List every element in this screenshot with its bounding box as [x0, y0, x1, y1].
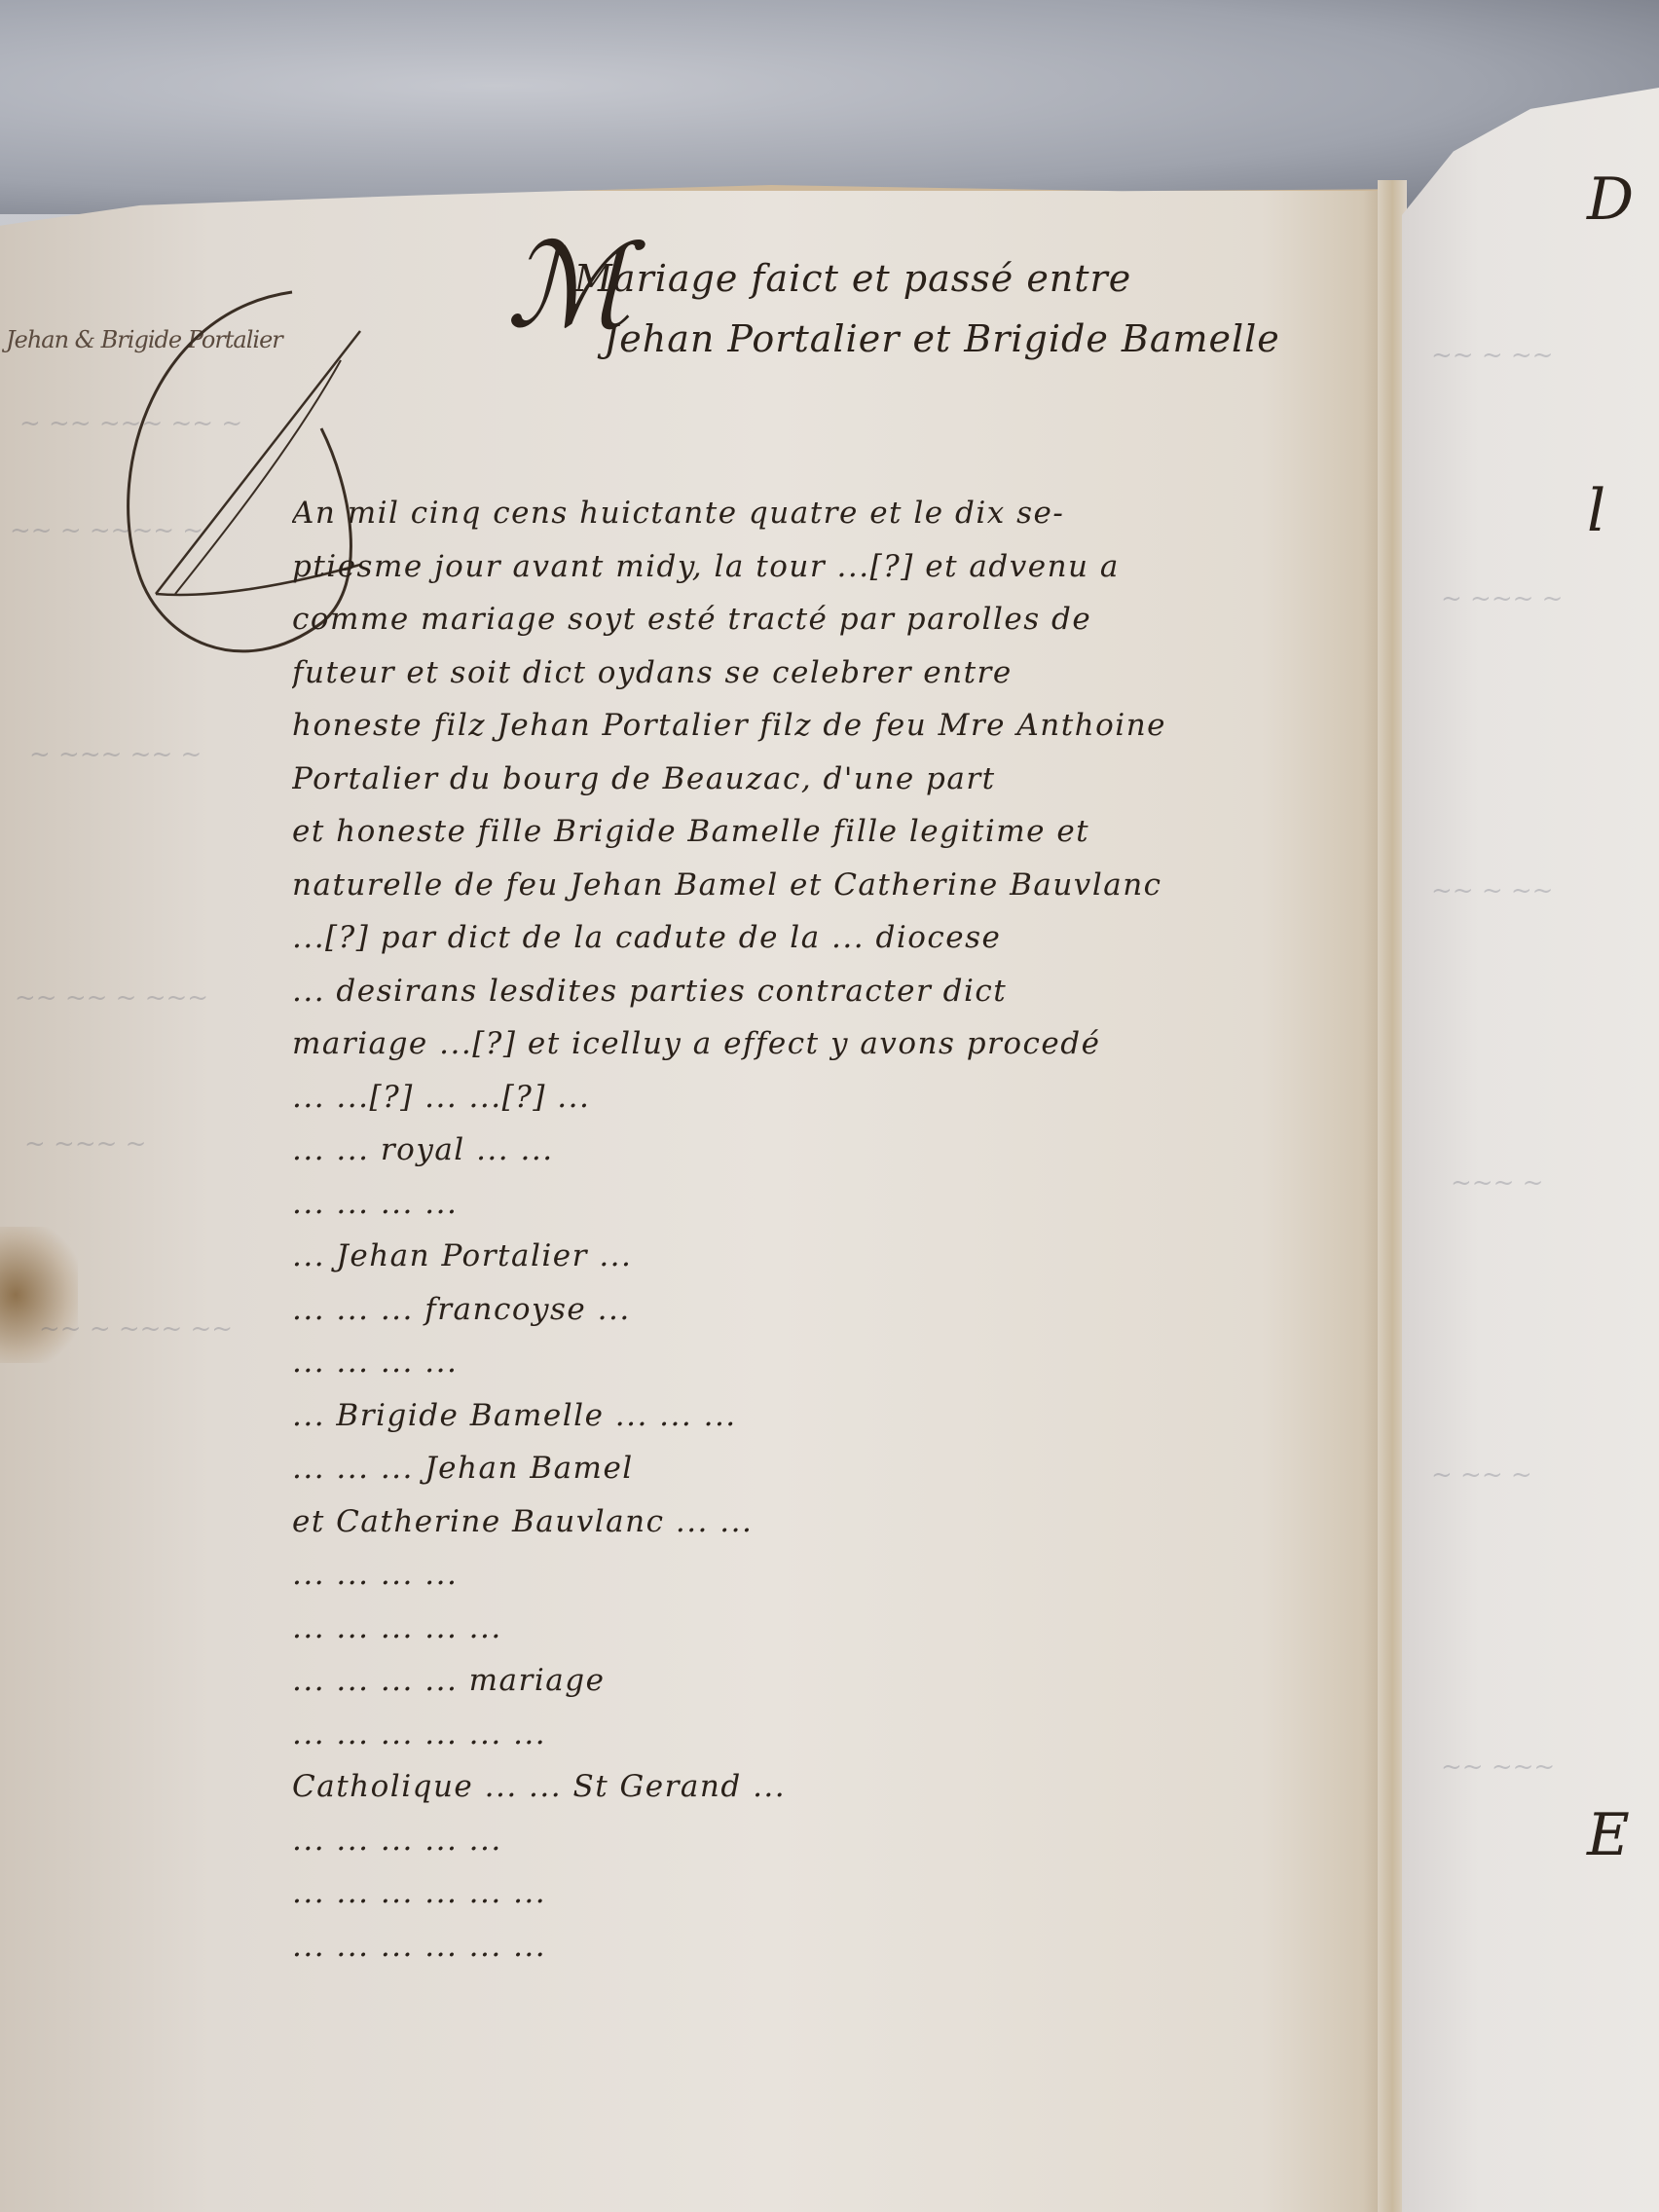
body-line: ... ... ... ... ... ... [292, 1920, 1392, 1973]
document-title: ℳ Mariage faict et passé entre Jehan Por… [516, 248, 1392, 369]
body-line: ... ... ... ... [292, 1177, 1392, 1231]
background-cloth [0, 0, 1659, 214]
body-line: ...[?] par dict de la cadute de la ... d… [292, 911, 1392, 965]
body-line: ... ... ... ... ... [292, 1602, 1392, 1655]
body-line: honeste filz Jehan Portalier filz de feu… [292, 699, 1392, 753]
body-line: ... ... ... ... mariage [292, 1654, 1392, 1708]
body-line: ... ... royal ... ... [292, 1124, 1392, 1177]
body-line: ... Brigide Bamelle ... ... ... [292, 1389, 1392, 1443]
body-line: ... ... ... Jehan Bamel [292, 1442, 1392, 1495]
title-line-2: Jehan Portalier et Brigide Bamelle [516, 309, 1392, 369]
right-page-letter: D [1587, 166, 1634, 234]
body-line: ... ... ... ... ... [292, 1814, 1392, 1867]
document-body: An mil cinq cens huictante quatre et le … [292, 487, 1392, 1972]
body-line: ... desirans lesdites parties contracter… [292, 965, 1392, 1018]
title-line-1: Mariage faict et passé entre [516, 248, 1392, 309]
body-line: ... ...[?] ... ...[?] ... [292, 1071, 1392, 1124]
body-line: comme mariage soyt esté tracté par parol… [292, 593, 1392, 646]
body-line: mariage ...[?] et icelluy a effect y avo… [292, 1017, 1392, 1071]
body-line: naturelle de feu Jehan Bamel et Catherin… [292, 859, 1392, 912]
body-line: Catholique ... ... St Gerand ... [292, 1760, 1392, 1814]
body-line: ptiesme jour avant midy, la tour ...[?] … [292, 540, 1392, 594]
body-line: Portalier du bourg de Beauzac, d'une par… [292, 753, 1392, 806]
body-line: An mil cinq cens huictante quatre et le … [292, 487, 1392, 540]
body-line: ... ... ... ... ... ... [292, 1866, 1392, 1920]
title-initial-letter: ℳ [506, 229, 631, 346]
body-line: ... Jehan Portalier ... [292, 1230, 1392, 1283]
body-line: ... ... ... ... [292, 1548, 1392, 1602]
body-line: ... ... ... francoyse ... [292, 1283, 1392, 1337]
body-line: et honeste fille Brigide Bamelle fille l… [292, 805, 1392, 859]
body-line: futeur et soit dict oydans se celebrer e… [292, 646, 1392, 700]
right-page-letter: l [1587, 477, 1605, 545]
body-line: ... ... ... ... ... ... [292, 1708, 1392, 1761]
manuscript-page-right [1402, 88, 1659, 2212]
right-page-letter: E [1587, 1801, 1630, 1869]
body-line: et Catherine Bauvlanc ... ... [292, 1495, 1392, 1549]
body-line: ... ... ... ... [292, 1336, 1392, 1389]
